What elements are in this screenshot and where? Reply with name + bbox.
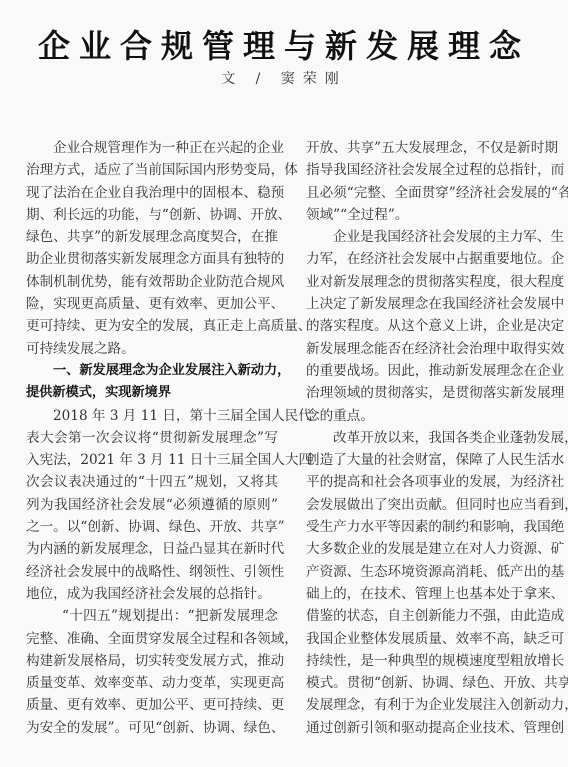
paragraph-line: 念的重点。: [306, 405, 558, 427]
paragraph-line: 受生产力水平等因素的制约和影响，我国绝: [306, 516, 558, 538]
paragraph-line: 地位，成为我国经济社会发展的总指针。: [26, 583, 278, 605]
section-heading: 提供新模式，实现新境界: [26, 382, 278, 404]
paragraph-line: 绿色、共享”的新发展理念高度契合，在推: [26, 226, 278, 248]
paragraph-line: 创造了大量的社会财富，保障了人民生活水: [306, 449, 558, 471]
paragraph-line: 新发展理念能否在经济社会治理中取得实效: [306, 338, 558, 360]
article-byline: 文 / 窦荣刚: [0, 70, 568, 88]
left-column: 企业合规管理作为一种正在兴起的企业 治理方式，适应了当前国际国内形势变局，体 现…: [26, 137, 278, 739]
paragraph-line: 期、利长远的功能，与“创新、协调、开放、: [26, 204, 278, 226]
paragraph-line: 持续性，是一种典型的规模速度型粗放增长: [306, 650, 558, 672]
paragraph-line: 为安全的发展”。可见“创新、协调、绿色、: [26, 717, 278, 739]
paragraph-line: 治理领域的贯彻落实，是贯彻落实新发展理: [306, 382, 558, 404]
paragraph-line: 的重要战场。因此，推动新发展理念在企业: [306, 360, 558, 382]
paragraph-line: 我国企业整体发展质量、效率不高，缺乏可: [306, 628, 558, 650]
paragraph-line: 治理方式，适应了当前国际国内形势变局，体: [26, 159, 278, 181]
paragraph-line: 现了法治在企业自我治理中的固根本、稳预: [26, 182, 278, 204]
paragraph-line: 之一。以“创新、协调、绿色、开放、共享”: [26, 516, 278, 538]
paragraph-line: 模式。贯彻“创新、协调、绿色、开放、共享”: [306, 672, 558, 694]
paragraph-line: 险，实现更高质量、更有效率、更加公平、: [26, 293, 278, 315]
paragraph-line: 质量、更有效率、更加公平、更可持续、更: [26, 694, 278, 716]
paragraph-line: 产资源、生态环境资源高消耗、低产出的基: [306, 561, 558, 583]
paragraph-line: 入宪法，2021 年 3 月 11 日十三届全国人大四: [26, 449, 278, 471]
paragraph-line: 发展理念，有利于为企业发展注入创新动力，: [306, 694, 558, 716]
paragraph-line: 改革开放以来，我国各类企业蓬勃发展，: [306, 427, 558, 449]
paragraph-line: “十四五”规划提出：“把新发展理念: [26, 605, 278, 627]
paragraph-line: 表大会第一次会议将“贯彻新发展理念”写: [26, 427, 278, 449]
paragraph-line: 领域”“全过程”。: [306, 204, 558, 226]
paragraph-line: 平的提高和社会各项事业的发展，为经济社: [306, 471, 558, 493]
paragraph-line: 助企业贯彻落实新发展理念方面具有独特的: [26, 248, 278, 270]
paragraph-line: 次会议表决通过的“十四五”规划，又将其: [26, 471, 278, 493]
paragraph-line: 力军，在经济社会发展中占据重要地位。企: [306, 248, 558, 270]
paragraph-line: 构建新发展格局，切实转变发展方式，推动: [26, 650, 278, 672]
paragraph-line: 指导我国经济社会发展全过程的总指针，而: [306, 159, 558, 181]
paragraph-line: 企业合规管理作为一种正在兴起的企业: [26, 137, 278, 159]
paragraph-line: 2018 年 3 月 11 日，第十三届全国人民代: [26, 405, 278, 427]
paragraph-line: 开放、共享”五大发展理念，不仅是新时期: [306, 137, 558, 159]
paragraph-line: 业对新发展理念的贯彻落实程度，很大程度: [306, 271, 558, 293]
paragraph-line: 经济社会发展中的战略性、纲领性、引领性: [26, 561, 278, 583]
right-column: 开放、共享”五大发展理念，不仅是新时期 指导我国经济社会发展全过程的总指针，而 …: [306, 137, 558, 739]
paragraph-line: 更可持续、更为安全的发展，真正走上高质量、: [26, 315, 278, 337]
paragraph-line: 通过创新引领和驱动提高企业技术、管理创: [306, 717, 558, 739]
paragraph-line: 体制机制优势，能有效帮助企业防范合规风: [26, 271, 278, 293]
paragraph-line: 质量变革、效率变革、动力变革，实现更高: [26, 672, 278, 694]
paragraph-line: 可持续发展之路。: [26, 338, 278, 360]
paragraph-line: 大多数企业的发展是建立在对人力资源、矿: [306, 538, 558, 560]
paragraph-line: 上决定了新发展理念在我国经济社会发展中: [306, 293, 558, 315]
paragraph-line: 完整、准确、全面贯穿发展全过程和各领域，: [26, 628, 278, 650]
paragraph-line: 会发展做出了突出贡献。但同时也应当看到，: [306, 494, 558, 516]
paragraph-line: 础上的，在技术、管理上也基本处于拿来、: [306, 583, 558, 605]
paragraph-line: 列为我国经济社会发展“必须遵循的原则”: [26, 494, 278, 516]
paragraph-line: 为内涵的新发展理念，日益凸显其在新时代: [26, 538, 278, 560]
section-heading: 一、新发展理念为企业发展注入新动力，: [26, 360, 278, 382]
paragraph-line: 企业是我国经济社会发展的主力军、生: [306, 226, 558, 248]
paragraph-line: 的落实程度。从这个意义上讲，企业是决定: [306, 315, 558, 337]
paragraph-line: 借鉴的状态，自主创新能力不强，由此造成: [306, 605, 558, 627]
article-title: 企业合规管理与新发展理念: [0, 26, 568, 66]
paragraph-line: 且必须“完整、全面贯穿”经济社会发展的“各: [306, 182, 558, 204]
